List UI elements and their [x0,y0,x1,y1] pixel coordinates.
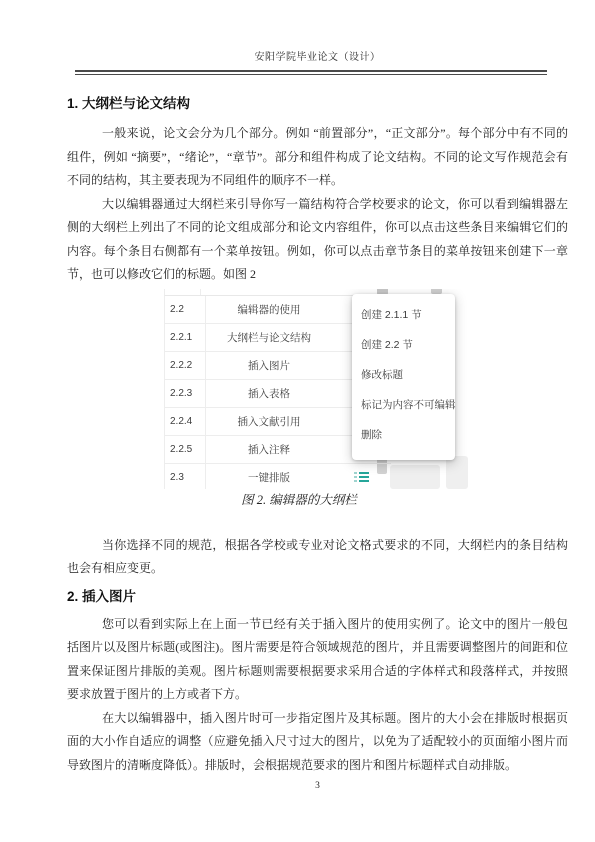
outline-title: 插入图片 [206,358,332,373]
outline-number: 2.2.2 [165,352,206,379]
menu-item-mark-readonly: 标记为内容不可编辑 [352,390,455,420]
outline-title: 插入文献引用 [206,414,332,429]
page-header: 安阳学院毕业论文（设计） [67,50,568,66]
paragraph: 在大以编辑器中，插入图片时可一步指定图片及其标题。图片的大小会在排版时根据页面的… [67,707,568,778]
outline-row: 2.3 一键排版 [165,464,391,489]
menu-item-create-subsection: 创建 2.1.1 节 [352,300,455,330]
paragraph: 大以编辑器通过大纲栏来引导你写一篇结构符合学校要求的论文，你可以看到编辑器左侧的… [67,193,568,287]
figure-2: 2.2 编辑器的使用 2.2.1 大纲栏与论文结构 2.2.2 插入图片 [130,289,468,508]
section-1-heading: 1. 大纲栏与论文结构 [67,95,568,112]
outline-number: 2.2.5 [165,436,206,463]
paragraph: 您可以看到实际上在上面一节已经有关于插入图片的使用实例了。论文中的图片一般包括图… [67,613,568,707]
paragraph: 一般来说，论文会分为几个部分。例如 “前置部分”，“正文部分”。每个部分中有不同… [67,122,568,193]
paragraph: 当你选择不同的规范，根据各学校或专业对论文格式要求的不同，大纲栏内的条目结构也会… [67,534,568,581]
outline-number: 2.3 [165,464,206,489]
format-list-icon [354,470,369,484]
outline-number: 2.2.3 [165,380,206,407]
page-content: 安阳学院毕业论文（设计） 1. 大纲栏与论文结构 一般来说，论文会分为几个部分。… [67,50,568,791]
outline-number: 2.2 [165,296,206,323]
outline-number: 2.2.4 [165,408,206,435]
background-scroll-fragment [431,289,442,294]
outline-title: 插入表格 [206,386,332,401]
page-number: 3 [67,781,568,791]
menu-item-create-section: 创建 2.2 节 [352,330,455,360]
editor-outline-screenshot: 2.2 编辑器的使用 2.2.1 大纲栏与论文结构 2.2.2 插入图片 [130,289,468,489]
menu-item-delete: 删除 [352,420,455,450]
figure-caption: 图 2. 编辑器的大纲栏 [130,492,468,508]
outline-number: 2.2.1 [165,324,206,351]
outline-context-menu: 创建 2.1.1 节 创建 2.2 节 修改标题 标记为内容不可编辑 删除 [352,294,455,460]
header-rule [75,70,547,75]
outline-title: 插入注释 [206,442,332,457]
section-2-heading: 2. 插入图片 [67,588,568,605]
menu-item-rename: 修改标题 [352,360,455,390]
outline-title: 编辑器的使用 [206,302,332,317]
outline-title: 大纲栏与论文结构 [206,330,332,345]
background-page-fragment [390,465,440,489]
document-page: 安阳学院毕业论文（设计） 1. 大纲栏与论文结构 一般来说，论文会分为几个部分。… [0,0,595,842]
header-title: 安阳学院毕业论文（设计） [255,52,381,63]
outline-icon-slot [332,470,391,484]
background-page-fragment [446,456,468,489]
outline-title: 一键排版 [206,470,332,485]
